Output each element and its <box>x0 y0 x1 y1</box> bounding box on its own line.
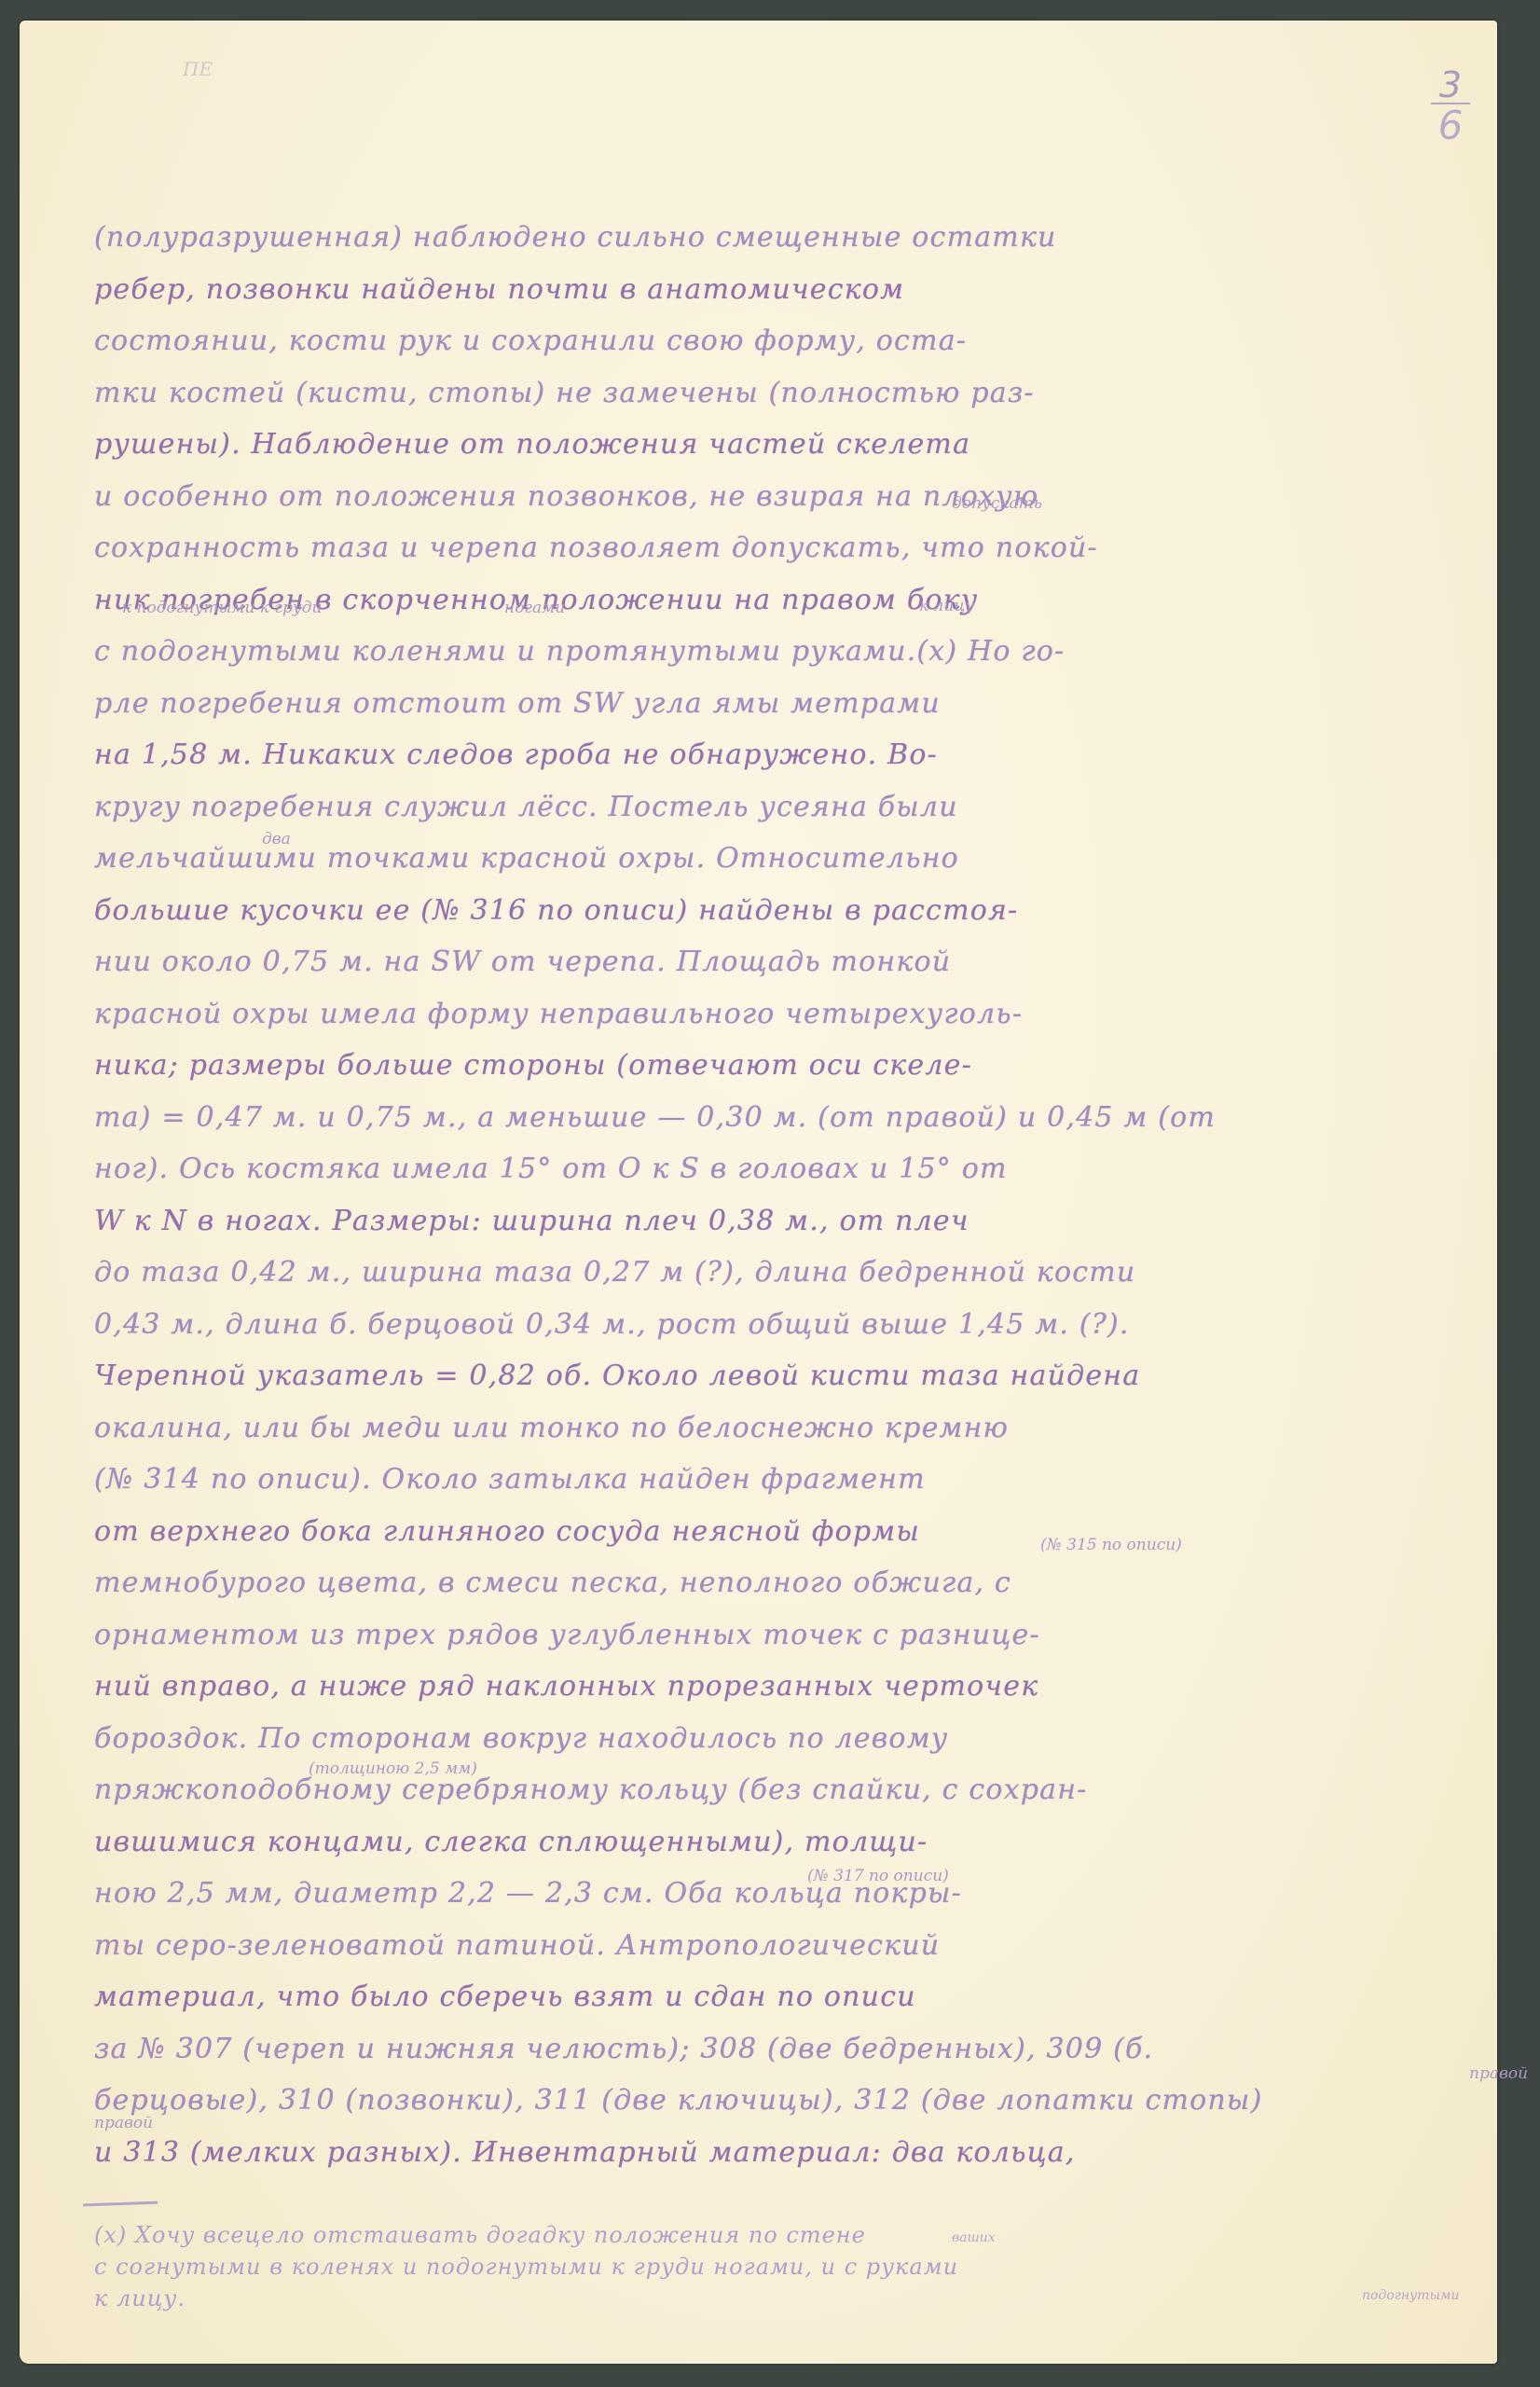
manuscript-line: большие кусочки ее (№ 316 по описи) найд… <box>94 885 1511 937</box>
manuscript-line: пряжкоподобному серебряному кольцу (без … <box>94 1764 1511 1816</box>
insertion-pravoy-1: правой <box>1469 2064 1528 2083</box>
manuscript-line: мельчайшими точками красной охры. Относи… <box>94 833 1511 885</box>
manuscript-line: тки костей (кисти, стопы) не замечены (п… <box>94 367 1511 420</box>
document-page: ПЕ 3 6 (полуразрушенная) наблюдено сильн… <box>20 21 1497 2364</box>
manuscript-line: берцовые), 310 (позвонки), 311 (две ключ… <box>94 2075 1511 2127</box>
page-number-top: 3 <box>1418 67 1483 103</box>
manuscript-line: материал, что было сберечь взят и сдан п… <box>94 1971 1511 2023</box>
manuscript-line: красной охры имела форму неправильного ч… <box>94 988 1511 1041</box>
manuscript-line: бороздок. По сторонам вокруг находилось … <box>94 1713 1511 1765</box>
footnote-insertion-vashikh: ваших <box>952 2230 996 2245</box>
manuscript-line: и особенно от положения позвонков, не вз… <box>94 471 1511 523</box>
manuscript-line: ною 2,5 мм, диаметр 2,2 — 2,3 см. Оба ко… <box>94 1868 1511 1920</box>
manuscript-line: ребер, позвонки найдены почти в анатомич… <box>94 264 1511 316</box>
page-number: 3 6 <box>1418 67 1483 147</box>
manuscript-line: и 313 (мелких разных). Инвентарный матер… <box>94 2127 1511 2179</box>
manuscript-line: темнобурого цвета, в смеси песка, неполн… <box>94 1557 1511 1609</box>
manuscript-line: (№ 314 по описи). Около затылка найден ф… <box>94 1454 1511 1506</box>
manuscript-line: на 1,58 м. Никаких следов гроба не обнар… <box>94 729 1511 781</box>
footnote-line: к лицу. <box>94 2283 1492 2314</box>
manuscript-line: (полуразрушенная) наблюдено сильно смеще… <box>94 212 1511 264</box>
manuscript-line: до таза 0,42 м., ширина таза 0,27 м (?),… <box>94 1247 1511 1299</box>
insertion-dva: два <box>262 830 291 849</box>
page-number-bottom: 6 <box>1431 103 1470 147</box>
insertion-no-315: (№ 315 по описи) <box>1040 1536 1182 1554</box>
manuscript-line: рле погребения отстоит от SW угла ямы ме… <box>94 678 1511 730</box>
footnote-line: (х) Хочу всецело отстаивать догадку поло… <box>94 2219 1492 2251</box>
manuscript-line: ившимися концами, слегка сплющенными), т… <box>94 1816 1511 1869</box>
insertion-tolshchinoyu: (толщиною 2,5 мм) <box>309 1759 477 1778</box>
footnote-line: с согнутыми в коленях и подогнутыми к гр… <box>94 2251 1492 2283</box>
manuscript-line: рушены). Наблюдение от положения частей … <box>94 419 1511 471</box>
footnote-divider <box>83 2201 158 2207</box>
insertion-k-litsu: к лицу <box>919 597 974 615</box>
insertion-no-317: (№ 317 по описи) <box>807 1867 949 1885</box>
manuscript-line: нии около 0,75 м. на SW от черепа. Площа… <box>94 936 1511 988</box>
manuscript-line: сохранность таза и черепа позволяет допу… <box>94 522 1511 574</box>
manuscript-line: состоянии, кости рук и сохранили свою фо… <box>94 315 1511 367</box>
manuscript-line: кругу погребения служил лёсс. Постель ус… <box>94 781 1511 834</box>
manuscript-line: W к N в ногах. Размеры: ширина плеч 0,38… <box>94 1195 1511 1248</box>
manuscript-line: за № 307 (череп и нижняя челюсть); 308 (… <box>94 2023 1511 2076</box>
faint-stamp-mark: ПЕ <box>183 58 213 80</box>
manuscript-line: 0,43 м., длина б. берцовой 0,34 м., рост… <box>94 1299 1511 1351</box>
handwritten-body: (полуразрушенная) наблюдено сильно смеще… <box>94 212 1511 2178</box>
manuscript-line: с подогнутыми коленями и протянутыми рук… <box>94 626 1511 678</box>
insertion-dopuskat: допускать <box>952 494 1042 513</box>
manuscript-line: ты серо-зеленоватой патиной. Антропологи… <box>94 1920 1511 1972</box>
footnote: (х) Хочу всецело отстаивать догадку поло… <box>94 2219 1492 2314</box>
manuscript-line: ног). Ось костяка имела 15° от O к S в г… <box>94 1143 1511 1195</box>
manuscript-line: Черепной указатель = 0,82 об. Около лево… <box>94 1350 1511 1402</box>
manuscript-line: орнаментом из трех рядов углубленных точ… <box>94 1609 1511 1662</box>
manuscript-line: от верхнего бока глиняного сосуда неясно… <box>94 1506 1511 1558</box>
insertion-pravoy-2: правой <box>94 2114 153 2132</box>
footnote-insertion-podognutymi: подогнутыми <box>1362 2288 1459 2303</box>
insertion-nogami: ногами <box>504 599 565 617</box>
manuscript-line: ний вправо, а ниже ряд наклонных прореза… <box>94 1661 1511 1713</box>
manuscript-line: окалина, или бы меди или тонко по белосн… <box>94 1402 1511 1455</box>
manuscript-line: ника; размеры больше стороны (отвечают о… <box>94 1040 1511 1092</box>
insertion-podognutymi: к подогнутыми к груди <box>122 599 322 617</box>
manuscript-line: та) = 0,47 м. и 0,75 м., а меньшие — 0,3… <box>94 1092 1511 1144</box>
